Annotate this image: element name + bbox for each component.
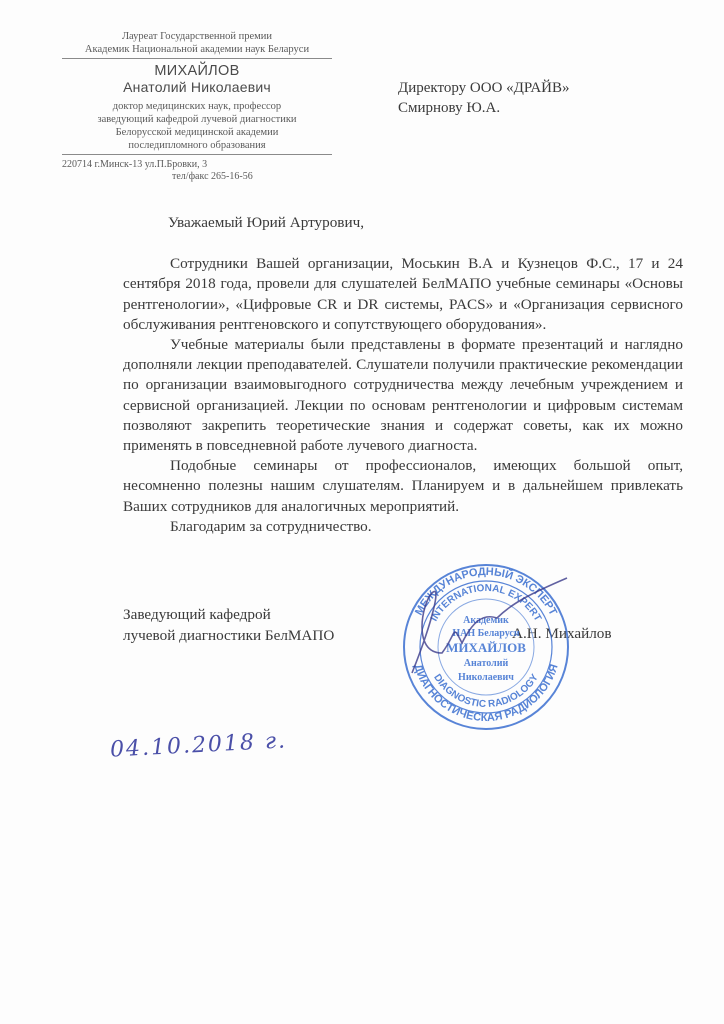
svg-text:Николаевич: Николаевич <box>458 672 514 683</box>
handwritten-date: 04.10.2018 г. <box>109 728 287 762</box>
divider <box>62 154 332 155</box>
divider <box>62 58 332 59</box>
signature-position-1: Заведующий кафедрой <box>123 604 334 625</box>
letterhead-academy: Академик Национальной академии наук Бела… <box>62 43 332 56</box>
letter-body: Уважаемый Юрий Артурович, Сотрудники Ваш… <box>123 213 683 537</box>
greeting: Уважаемый Юрий Артурович, <box>123 213 683 233</box>
official-stamp-icon: МЕЖДУНАРОДНЫЙ ЭКСПЕРТ INTERNATIONAL EXPE… <box>402 563 570 731</box>
letterhead-phone: тел/факс 265-16-56 <box>62 171 332 183</box>
letterhead-address: 220714 г.Минск-13 ул.П.Бровки, 3 <box>62 159 332 171</box>
signature-block: Заведующий кафедрой лучевой диагностики … <box>123 604 334 646</box>
letterhead-title-2: заведующий кафедрой лучевой диагностики <box>62 113 332 126</box>
letterhead-title-4: последипломного образования <box>62 139 332 152</box>
letterhead-fullname: Анатолий Николаевич <box>62 79 332 96</box>
letterhead: Лауреат Государственной премии Академик … <box>62 30 332 183</box>
svg-text:Анатолий: Анатолий <box>464 658 509 669</box>
paragraph: Благодарим за сотрудничество. <box>123 517 683 537</box>
letterhead-award: Лауреат Государственной премии <box>62 30 332 43</box>
svg-text:МИХАЙЛОВ: МИХАЙЛОВ <box>446 640 526 655</box>
letterhead-title-1: доктор медицинских наук, профессор <box>62 100 332 113</box>
addressee-line-2: Смирнову Ю.А. <box>398 98 570 118</box>
letterhead-surname: МИХАЙЛОВ <box>62 63 332 79</box>
signature-position-2: лучевой диагностики БелМАПО <box>123 625 334 646</box>
addressee: Директору ООО «ДРАЙВ» Смирнову Ю.А. <box>398 78 570 118</box>
addressee-line-1: Директору ООО «ДРАЙВ» <box>398 78 570 98</box>
paragraph: Подобные семинары от профессионалов, име… <box>123 456 683 517</box>
paragraph: Сотрудники Вашей организации, Моськин В.… <box>123 254 683 335</box>
letterhead-title-3: Белорусской медицинской академии <box>62 126 332 139</box>
paragraph: Учебные материалы были представлены в фо… <box>123 335 683 456</box>
svg-text:НАН Беларуси: НАН Беларуси <box>452 628 519 639</box>
